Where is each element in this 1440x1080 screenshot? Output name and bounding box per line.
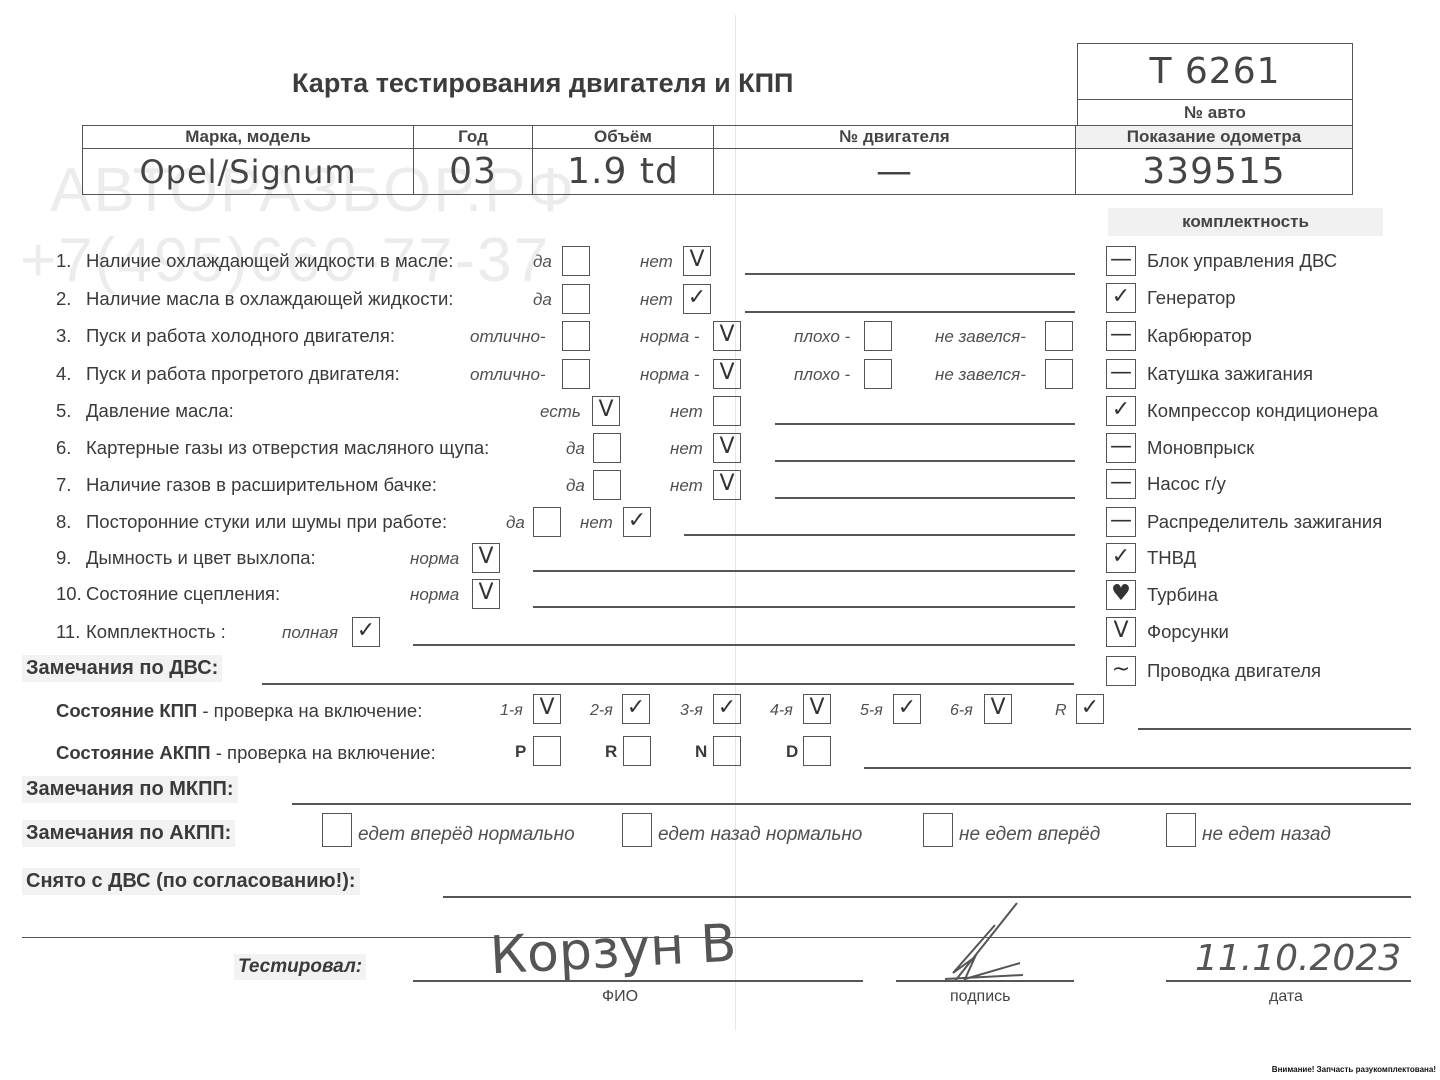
option-label: отлично- — [470, 327, 546, 347]
option-label: нет — [640, 290, 673, 310]
option-checkbox[interactable]: V — [713, 470, 741, 500]
option-label: да — [566, 476, 585, 496]
option-checkbox[interactable]: ✓ — [623, 507, 651, 537]
question-note-field[interactable] — [533, 606, 1075, 608]
auto-remark-checkbox[interactable] — [923, 813, 953, 847]
auto-gearbox-note-field[interactable] — [864, 767, 1411, 769]
option-checkbox[interactable]: ✓ — [683, 284, 711, 314]
question-number: 4. — [56, 363, 71, 385]
kit-item-label: Катушка зажигания — [1147, 363, 1313, 385]
warning-note: Внимание! Запчасть разукомплектована! — [1272, 1065, 1436, 1074]
question-number: 2. — [56, 288, 71, 310]
auto-position-checkbox[interactable] — [803, 736, 831, 766]
question-text: Дымность и цвет выхлопа: — [86, 547, 316, 569]
auto-remark-label: едет назад нормально — [658, 824, 862, 846]
auto-position-label: N — [695, 742, 707, 762]
kit-item-label: ТНВД — [1147, 547, 1196, 569]
tester-name-field[interactable] — [413, 980, 863, 982]
auto-remark-label: не едет вперёд — [959, 824, 1100, 846]
kit-checkbox[interactable]: — — [1106, 507, 1136, 537]
col-header-odometer: Показание одометра — [1076, 126, 1353, 149]
option-checkbox[interactable] — [562, 321, 590, 351]
option-checkbox[interactable] — [1045, 321, 1073, 351]
kit-item-label: Проводка двигателя — [1147, 660, 1321, 682]
option-checkbox[interactable] — [533, 507, 561, 537]
remarks-auto-label: Замечания по АКПП: — [22, 820, 235, 847]
kit-checkbox[interactable]: ✓ — [1106, 396, 1136, 426]
question-number: 7. — [56, 474, 71, 496]
question-note-field[interactable] — [775, 460, 1075, 462]
gear-checkbox[interactable]: ✓ — [622, 694, 650, 724]
year-value: 03 — [414, 149, 533, 195]
car-number-label: № авто — [1078, 100, 1353, 127]
kit-checkbox[interactable]: ✓ — [1106, 543, 1136, 573]
manual-gearbox-label: Состояние КПП - проверка на включение: — [56, 700, 422, 722]
question-text: Наличие масла в охлаждающей жидкости: — [86, 288, 453, 310]
option-checkbox[interactable] — [864, 321, 892, 351]
signature-scribble — [935, 895, 1035, 985]
kit-item-label: Форсунки — [1147, 621, 1229, 643]
remarks-engine-label: Замечания по ДВС: — [22, 655, 222, 682]
auto-remark-checkbox[interactable] — [322, 813, 352, 847]
option-label: не завелся- — [935, 327, 1026, 347]
kit-checkbox[interactable]: ♥ — [1106, 580, 1136, 610]
removed-label: Снято с ДВС (по согласованию!): — [22, 868, 360, 895]
kit-item-label: Насос г/у — [1147, 473, 1226, 495]
question-number: 8. — [56, 511, 71, 533]
option-label: да — [533, 290, 552, 310]
auto-position-checkbox[interactable] — [713, 736, 741, 766]
gear-label: 5-я — [860, 702, 883, 720]
date-caption: дата — [1269, 988, 1303, 1006]
option-checkbox[interactable]: V — [472, 543, 500, 573]
auto-position-label: R — [605, 742, 617, 762]
col-header-year: Год — [414, 126, 533, 149]
question-note-field[interactable] — [745, 311, 1075, 313]
option-label: не завелся- — [935, 365, 1026, 385]
option-checkbox[interactable] — [593, 470, 621, 500]
tester-name-value: Корзун В — [489, 914, 738, 987]
question-note-field[interactable] — [775, 423, 1075, 425]
option-label: нет — [670, 439, 703, 459]
option-checkbox[interactable] — [562, 359, 590, 389]
question-number: 1. — [56, 250, 71, 272]
auto-gearbox-label: Состояние АКПП - проверка на включение: — [56, 742, 436, 764]
question-number: 11. — [56, 621, 80, 643]
option-checkbox[interactable]: V — [713, 433, 741, 463]
gear-label: 1-я — [500, 702, 523, 720]
option-label: норма - — [640, 365, 700, 385]
odometer-value: 339515 — [1076, 149, 1353, 195]
question-text: Наличие охлаждающей жидкости в масле: — [86, 250, 453, 272]
kit-heading: комплектность — [1108, 208, 1383, 236]
question-number: 6. — [56, 437, 71, 459]
option-label: есть — [540, 402, 581, 422]
auto-position-checkbox[interactable] — [623, 736, 651, 766]
gear-label: 6-я — [950, 702, 973, 720]
question-note-field[interactable] — [413, 644, 1075, 646]
option-checkbox[interactable] — [562, 284, 590, 314]
question-text: Комплектность : — [86, 621, 226, 643]
volume-value: 1.9 td — [533, 149, 714, 195]
option-label: плохо - — [794, 365, 850, 385]
gear-checkbox[interactable]: V — [533, 694, 561, 724]
removed-field[interactable] — [443, 896, 1411, 898]
option-checkbox[interactable] — [864, 359, 892, 389]
car-number-value: T 6261 — [1078, 44, 1353, 100]
kit-item-label: Компрессор кондиционера — [1147, 400, 1378, 422]
kit-item-label: Блок управления ДВС — [1147, 250, 1337, 272]
vehicle-info-table: Марка, модель Год Объём № двигателя Пока… — [82, 125, 1353, 195]
signature-caption: подпись — [950, 988, 1010, 1006]
manual-gearbox-note-field[interactable] — [1138, 728, 1411, 730]
option-label: плохо - — [794, 327, 850, 347]
car-number-box: T 6261 № авто — [1077, 43, 1353, 127]
question-note-field[interactable] — [533, 570, 1075, 572]
kit-checkbox[interactable]: — — [1106, 469, 1136, 499]
question-note-field[interactable] — [775, 497, 1075, 499]
gear-checkbox[interactable]: V — [984, 694, 1012, 724]
question-number: 9. — [56, 547, 71, 569]
option-checkbox[interactable] — [1045, 359, 1073, 389]
kit-item-label: Распределитель зажигания — [1147, 511, 1382, 533]
name-caption: ФИО — [602, 988, 638, 1006]
option-checkbox[interactable]: V — [592, 396, 620, 426]
question-text: Пуск и работа холодного двигателя: — [86, 325, 395, 347]
question-text: Давление масла: — [86, 400, 234, 422]
gear-checkbox[interactable]: ✓ — [1076, 694, 1104, 724]
gear-checkbox[interactable]: ✓ — [893, 694, 921, 724]
question-number: 10. — [56, 583, 82, 605]
question-text: Пуск и работа прогретого двигателя: — [86, 363, 400, 385]
question-text: Картерные газы из отверстия масляного щу… — [86, 437, 489, 459]
page-title: Карта тестирования двигателя и КПП — [292, 68, 793, 99]
option-label: норма - — [640, 327, 700, 347]
option-checkbox[interactable]: V — [713, 359, 741, 389]
kit-item-label: Турбина — [1147, 584, 1218, 606]
date-value: 11.10.2023 — [1195, 938, 1401, 979]
option-label: норма — [410, 549, 459, 569]
kit-item-label: Моновпрыск — [1147, 437, 1254, 459]
auto-remark-checkbox[interactable] — [1166, 813, 1196, 847]
auto-position-label: D — [786, 742, 798, 762]
kit-checkbox[interactable]: ~ — [1106, 656, 1136, 686]
option-label: нет — [640, 252, 673, 272]
option-checkbox[interactable]: ✓ — [352, 617, 380, 647]
question-number: 5. — [56, 400, 71, 422]
kit-checkbox[interactable]: — — [1106, 321, 1136, 351]
kit-checkbox[interactable]: — — [1106, 246, 1136, 276]
gear-label: 2-я — [590, 702, 613, 720]
question-note-field[interactable] — [684, 534, 1075, 536]
question-text: Наличие газов в расширительном бачке: — [86, 474, 437, 496]
option-label: да — [506, 513, 525, 533]
kit-checkbox[interactable]: — — [1106, 433, 1136, 463]
auto-position-checkbox[interactable] — [533, 736, 561, 766]
option-label: да — [566, 439, 585, 459]
auto-position-label: P — [515, 742, 526, 762]
option-label: полная — [282, 623, 338, 643]
kit-item-label: Карбюратор — [1147, 325, 1252, 347]
kit-checkbox[interactable]: — — [1106, 359, 1136, 389]
col-header-volume: Объём — [533, 126, 714, 149]
question-note-field[interactable] — [745, 273, 1075, 275]
option-checkbox[interactable]: V — [472, 579, 500, 609]
gear-checkbox[interactable]: ✓ — [713, 694, 741, 724]
kit-checkbox[interactable]: ✓ — [1106, 283, 1136, 313]
col-header-engine-number: № двигателя — [714, 126, 1076, 149]
option-label: норма — [410, 585, 459, 605]
remarks-engine-field[interactable] — [262, 683, 1074, 685]
gear-checkbox[interactable]: V — [803, 694, 831, 724]
option-checkbox[interactable] — [562, 246, 590, 276]
question-number: 3. — [56, 325, 71, 347]
option-label: да — [533, 252, 552, 272]
remarks-manual-label: Замечания по МКПП: — [22, 776, 238, 803]
option-checkbox[interactable]: V — [713, 321, 741, 351]
date-field[interactable] — [1166, 980, 1411, 982]
gear-label: R — [1055, 702, 1067, 720]
option-checkbox[interactable]: V — [683, 246, 711, 276]
question-text: Состояние сцепления: — [86, 583, 280, 605]
option-label: отлично- — [470, 365, 546, 385]
auto-remark-checkbox[interactable] — [622, 813, 652, 847]
option-label: нет — [670, 402, 703, 422]
gear-label: 3-я — [680, 702, 703, 720]
engine-number-value: — — [714, 149, 1076, 195]
remarks-manual-field[interactable] — [292, 803, 1411, 805]
question-text: Посторонние стуки или шумы при работе: — [86, 511, 447, 533]
option-checkbox[interactable] — [593, 433, 621, 463]
option-label: нет — [670, 476, 703, 496]
kit-item-label: Генератор — [1147, 287, 1236, 309]
auto-remark-label: не едет назад — [1202, 824, 1331, 846]
col-header-model: Марка, модель — [83, 126, 414, 149]
option-checkbox[interactable] — [713, 396, 741, 426]
tested-by-label: Тестировал: — [234, 954, 366, 980]
option-label: нет — [580, 513, 613, 533]
model-value: Opel/Signum — [83, 149, 414, 195]
gear-label: 4-я — [770, 702, 793, 720]
auto-remark-label: едет вперёд нормально — [358, 824, 575, 846]
kit-checkbox[interactable]: V — [1106, 617, 1136, 647]
